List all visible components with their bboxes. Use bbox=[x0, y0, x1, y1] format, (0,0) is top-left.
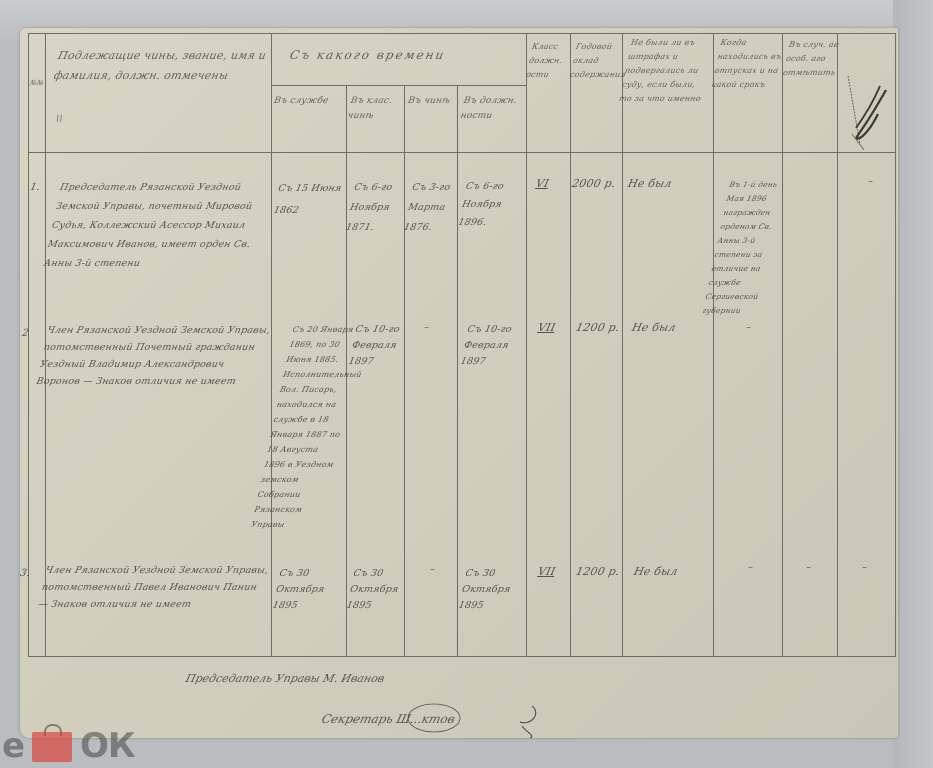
header-bottom-border bbox=[28, 152, 896, 153]
col-divider-salary bbox=[622, 33, 623, 657]
header-notes: Въ случ. ае особ. аго отмѣтить bbox=[782, 38, 841, 80]
header-time-position: Въ должн. ности bbox=[459, 94, 527, 124]
header-no: №№ bbox=[29, 78, 46, 88]
row3-penalties: Не был bbox=[632, 564, 679, 580]
row3-classrank-since: Съ 30 Октября 1895 bbox=[345, 566, 409, 614]
shopping-bag-icon bbox=[32, 732, 72, 762]
chairman-signature-line: Председатель Управы М. Иванов bbox=[184, 672, 386, 685]
header-leave: Когда находились въ отпусках и на какой … bbox=[710, 36, 788, 92]
header-salary: Годовой оклад содержания bbox=[569, 40, 626, 82]
row3-service-since: Съ 30 Октября 1895 bbox=[271, 566, 349, 614]
header-penalties: Не были ли въ штрафах и подвергались ли … bbox=[618, 36, 719, 106]
row3-salary: 1200 р. bbox=[574, 564, 621, 580]
row1-salary: 2000 р. bbox=[570, 176, 617, 192]
col-divider-leave bbox=[782, 33, 783, 657]
header-time-service: Въ службе bbox=[272, 94, 345, 109]
row2-name: Член Рязанской Уездной Земской Управы, п… bbox=[35, 322, 274, 390]
col-divider-position bbox=[526, 33, 527, 657]
watermark-text-left: е bbox=[2, 728, 24, 764]
row2-position-since: Съ 10-го Февраля 1897 bbox=[459, 322, 529, 370]
row1-position-since: Съ 6-го Ноября 1896. bbox=[456, 178, 529, 232]
signature-flourish bbox=[402, 700, 552, 740]
col-divider-rank bbox=[457, 85, 458, 657]
watermark-text-right: ОК bbox=[80, 728, 135, 764]
background-right bbox=[893, 0, 933, 768]
header-time-rank: Въ чинѣ bbox=[406, 94, 457, 109]
margin-number-mark bbox=[842, 70, 892, 150]
row2-penalties: Не был bbox=[630, 320, 677, 336]
table-right-border bbox=[895, 33, 896, 657]
row3-name: Член Рязанской Уездной Земской Управы, п… bbox=[37, 562, 273, 613]
row1-name: Председатель Рязанской Уездной Земской У… bbox=[42, 178, 277, 273]
header-name-mark: \\ bbox=[54, 112, 87, 127]
time-group-divider bbox=[272, 85, 527, 86]
table-left-border bbox=[28, 33, 29, 657]
row1-service-since: Съ 15 Июня 1862 bbox=[271, 178, 348, 222]
header-time-group: Съ какого времени bbox=[288, 48, 531, 63]
header-time-classrank: Въ клас. чинѣ bbox=[346, 94, 406, 124]
row2-classrank-since: Съ 10-го Февраля 1897 bbox=[347, 322, 409, 370]
row3-position-since: Съ 30 Октября 1895 bbox=[457, 566, 529, 614]
col-divider-class bbox=[570, 33, 571, 657]
row2-class: VII bbox=[536, 320, 557, 336]
table-bottom-border bbox=[28, 656, 896, 657]
col-divider-notes bbox=[837, 33, 838, 657]
row2-salary: 1200 р. bbox=[574, 320, 621, 336]
site-watermark: е ОК bbox=[2, 728, 142, 764]
row1-penalties: Не был bbox=[626, 176, 673, 192]
col-divider-penalties bbox=[713, 33, 714, 657]
table-top-border bbox=[28, 33, 896, 34]
header-name: Подлежащие чины, звание, имя и фамилия, … bbox=[52, 46, 271, 86]
row3-class: VII bbox=[536, 564, 557, 580]
